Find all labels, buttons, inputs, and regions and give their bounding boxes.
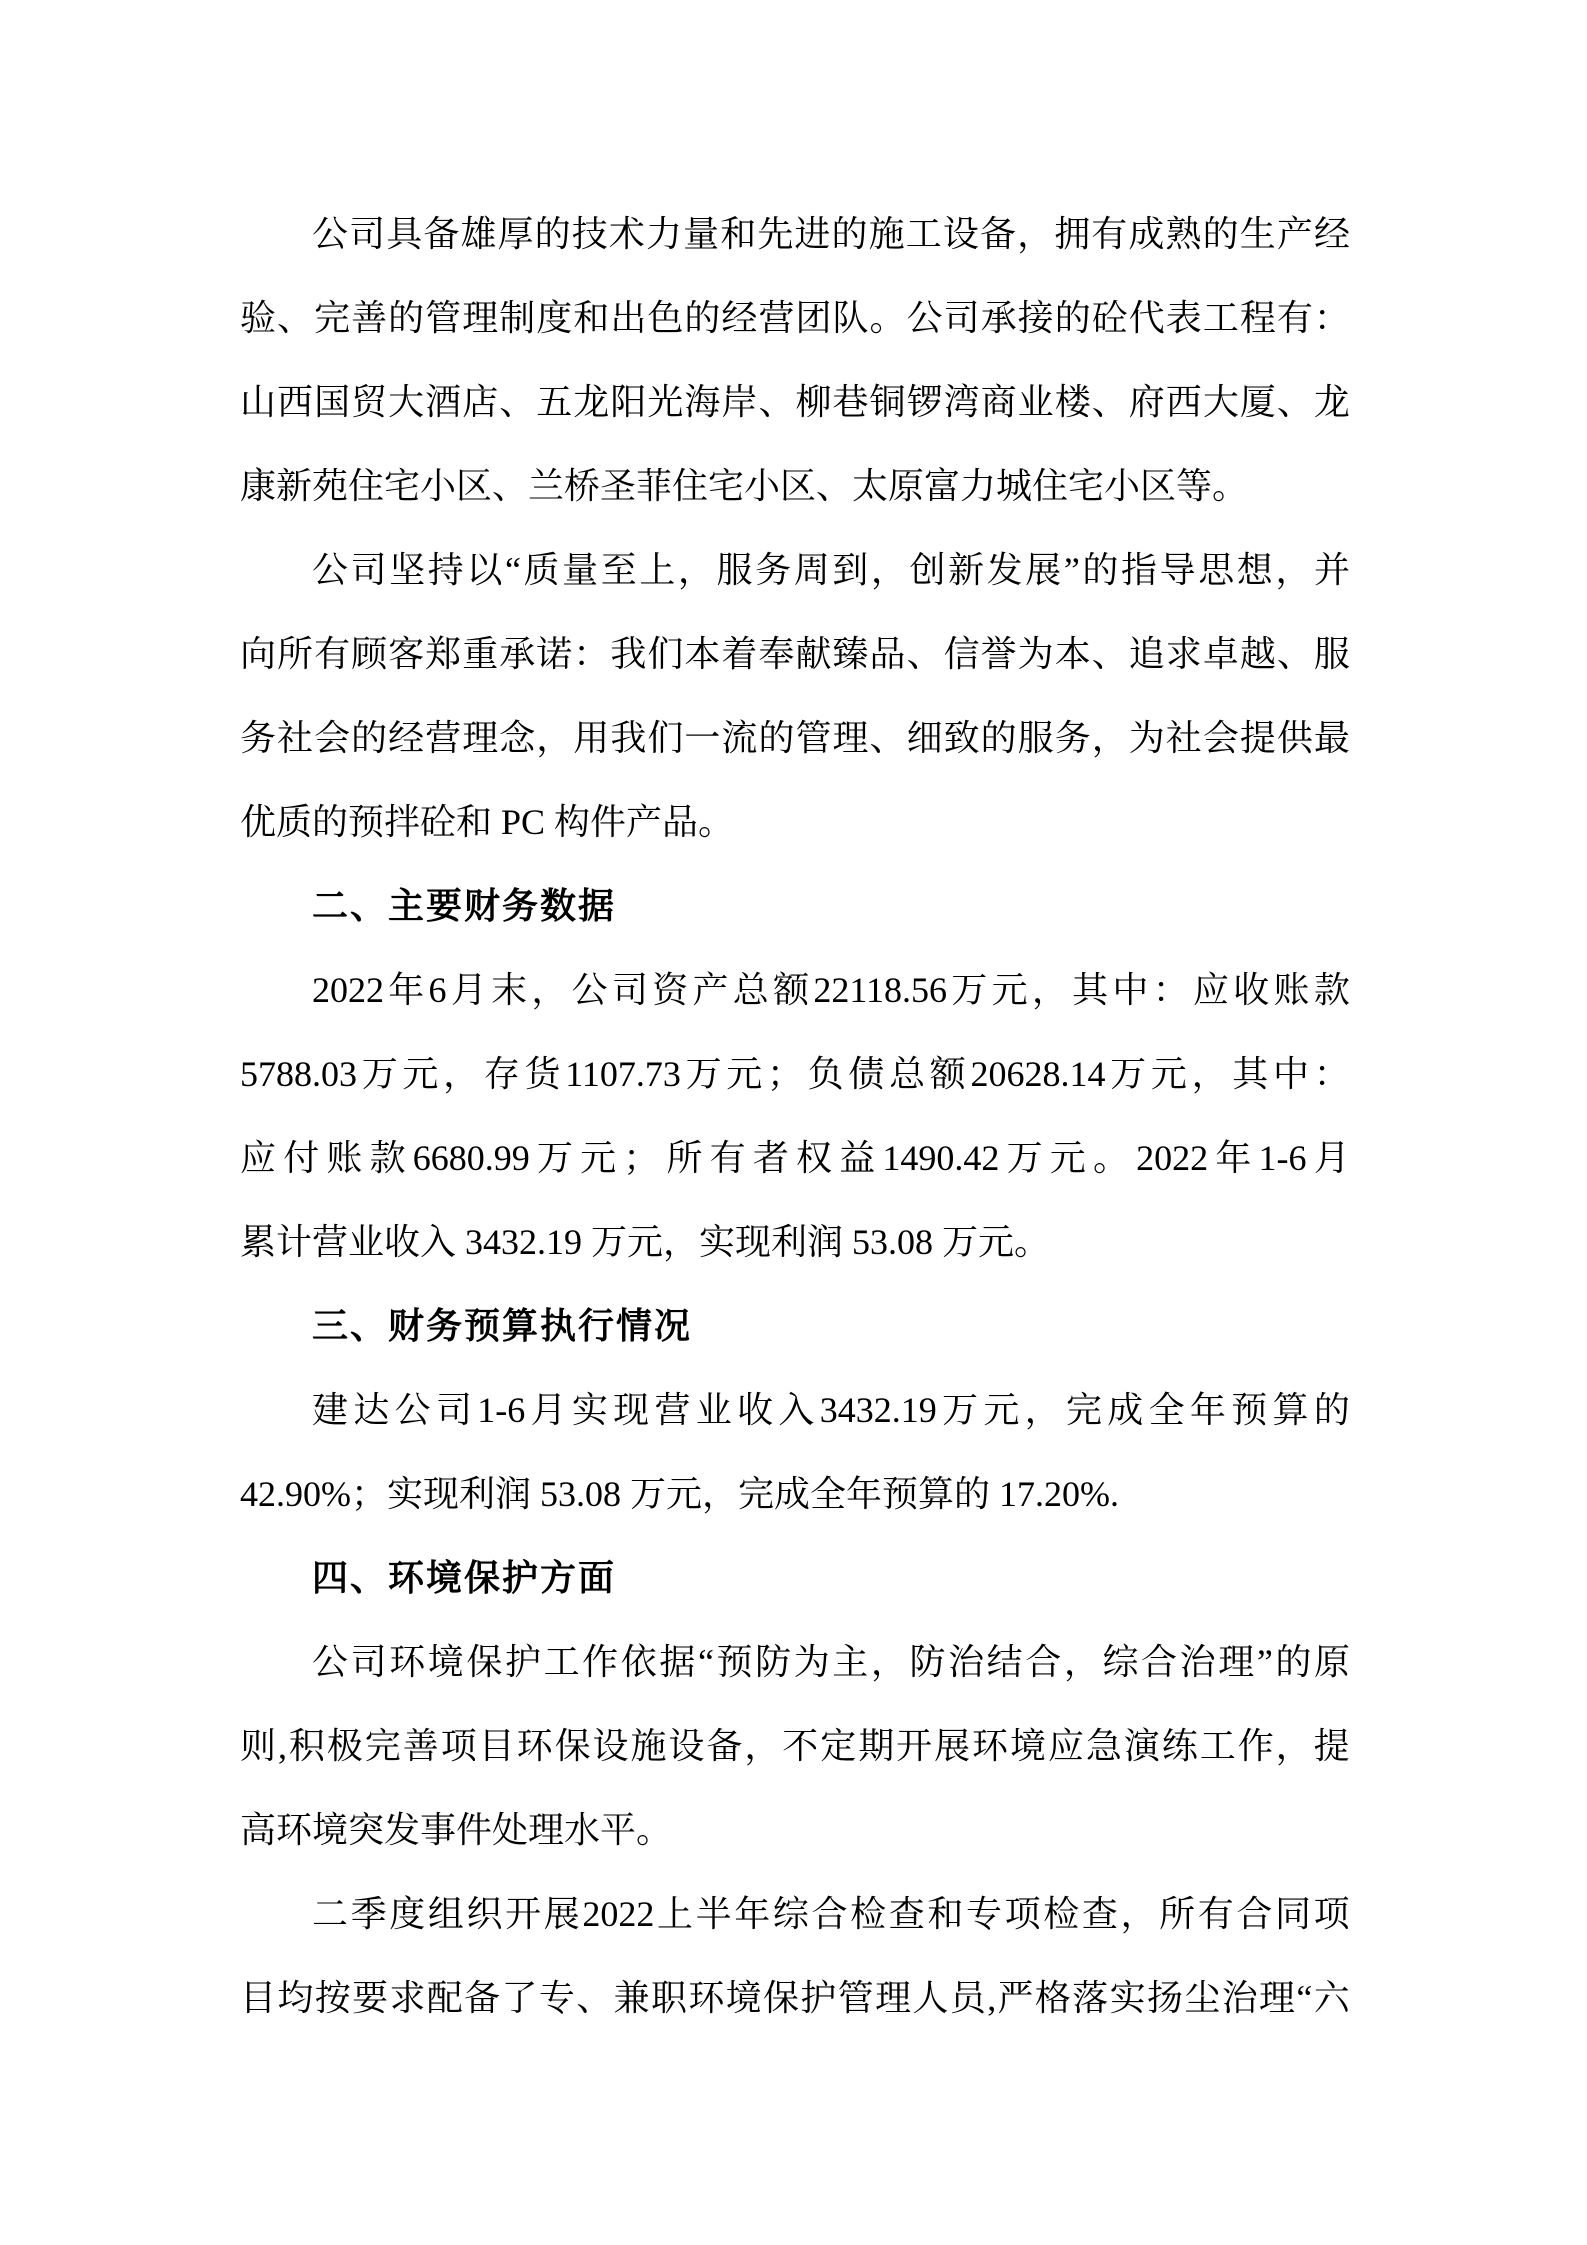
text-line: 建达公司1-6月实现营业收入3432.19万元，完成全年预算的 (240, 1368, 1350, 1452)
text-line: 验、完善的管理制度和出色的经营团队。公司承接的砼代表工程有： (240, 276, 1350, 360)
text-line: 42.90%；实现利润 53.08 万元，完成全年预算的 17.20%. (240, 1452, 1350, 1536)
text-line: 公司环境保护工作依据“预防为主，防治结合，综合治理”的原 (240, 1620, 1350, 1704)
text-line: 5788.03万元，存货1107.73万元；负债总额20628.14万元，其中： (240, 1032, 1350, 1116)
text-line: 向所有顾客郑重承诺：我们本着奉献臻品、信誉为本、追求卓越、服 (240, 612, 1350, 696)
document-page: 公司具备雄厚的技术力量和先进的施工设备，拥有成熟的生产经验、完善的管理制度和出色… (0, 0, 1587, 2245)
text-line: 山西国贸大酒店、五龙阳光海岸、柳巷铜锣湾商业楼、府西大厦、龙 (240, 360, 1350, 444)
text-line: 优质的预拌砼和 PC 构件产品。 (240, 780, 1350, 864)
text-line: 应付账款6680.99万元；所有者权益1490.42万元。2022年1-6月 (240, 1116, 1350, 1200)
text-line: 务社会的经营理念，用我们一流的管理、细致的服务，为社会提供最 (240, 696, 1350, 780)
text-line: 高环境突发事件处理水平。 (240, 1788, 1350, 1872)
text-line: 公司具备雄厚的技术力量和先进的施工设备，拥有成熟的生产经 (240, 192, 1350, 276)
section-heading-financial-data: 二、主要财务数据 (240, 864, 1350, 948)
document-text-block: 公司具备雄厚的技术力量和先进的施工设备，拥有成熟的生产经验、完善的管理制度和出色… (240, 192, 1350, 2040)
text-line: 公司坚持以“质量至上，服务周到，创新发展”的指导思想，并 (240, 528, 1350, 612)
text-line: 则,积极完善项目环保设施设备，不定期开展环境应急演练工作，提 (240, 1704, 1350, 1788)
text-line: 累计营业收入 3432.19 万元，实现利润 53.08 万元。 (240, 1200, 1350, 1284)
section-heading-budget-execution: 三、财务预算执行情况 (240, 1284, 1350, 1368)
text-line: 目均按要求配备了专、兼职环境保护管理人员,严格落实扬尘治理“六 (240, 1956, 1350, 2040)
text-line: 二季度组织开展2022上半年综合检查和专项检查，所有合同项 (240, 1872, 1350, 1956)
text-line: 2022年6月末，公司资产总额22118.56万元，其中：应收账款 (240, 948, 1350, 1032)
section-heading-environmental-protection: 四、环境保护方面 (240, 1536, 1350, 1620)
text-line: 康新苑住宅小区、兰桥圣菲住宅小区、太原富力城住宅小区等。 (240, 444, 1350, 528)
